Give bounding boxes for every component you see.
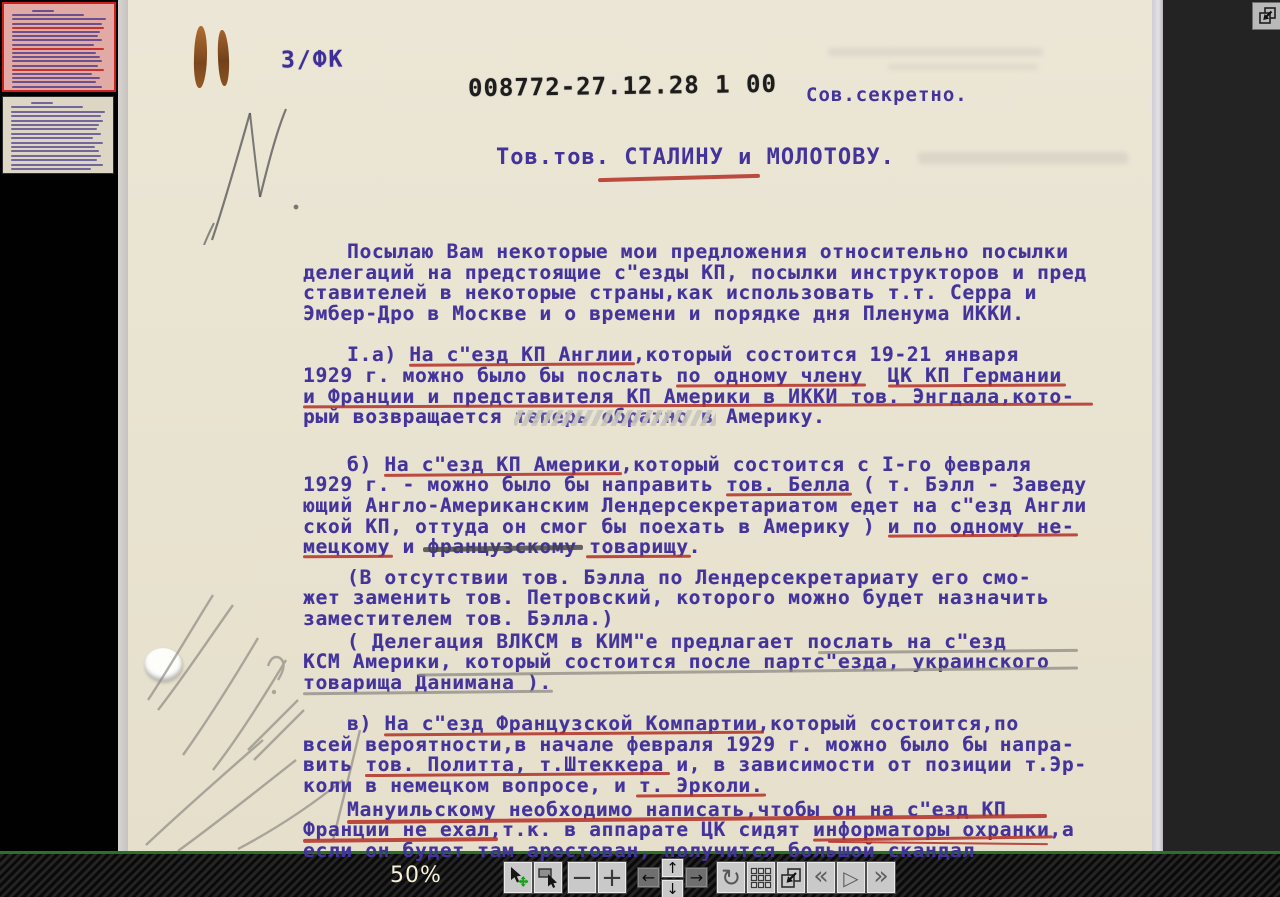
typed-line: 1929 г. - можно было бы направить тов. Б… <box>303 475 1113 496</box>
rust-stain <box>217 30 230 86</box>
erasure-hatch <box>514 410 716 426</box>
thumbnail-text-line <box>11 115 101 117</box>
thumbnail-text-line <box>12 73 92 75</box>
thumbnail-text-line <box>12 18 106 20</box>
thumbnail-text-line <box>11 106 83 108</box>
thumbnail-text-line <box>11 159 97 161</box>
thumbnail-text-line <box>11 120 103 122</box>
thumbnail-text-line <box>11 128 97 130</box>
thumbnail-text-line <box>11 111 105 113</box>
thumbnail-text-line <box>12 23 102 25</box>
minus-icon: − <box>571 865 593 891</box>
thumbnail-text-line <box>11 155 101 157</box>
arrow-up-icon: ↑ <box>666 861 679 876</box>
thumbnail-text-line <box>12 14 84 16</box>
zoom-in-button[interactable]: + <box>597 861 627 894</box>
thumbnail-sidebar <box>0 0 118 897</box>
arrow-left-icon: ← <box>642 870 655 886</box>
plus-icon: + <box>601 865 623 891</box>
thumbnail-text-line <box>11 146 95 148</box>
document-page[interactable]: З/ФК 008772-27.12.28 1 00 Сов.секретно. … <box>128 0 1152 851</box>
thumbnail-text-line <box>12 31 100 33</box>
typed-line: заместителем тов. Бэлла.) <box>303 609 1113 630</box>
typed-line: Эмбер-Дро в Москве и о времени и порядке… <box>303 304 1113 325</box>
refresh-icon: ↻ <box>721 866 741 890</box>
registry-stamp: З/ФК <box>281 46 345 73</box>
thumbnail-text-line <box>12 65 98 67</box>
typed-line: жет заменить тов. Петровский, которого м… <box>303 588 1113 609</box>
last-page-icon: » <box>873 863 888 888</box>
pan-tool-button[interactable] <box>503 861 533 894</box>
thumbnail-text-line <box>12 44 94 46</box>
red-pen-mark <box>726 493 852 497</box>
first-page-icon: « <box>813 863 828 888</box>
scroll-right-button[interactable]: → <box>685 867 708 888</box>
select-tool-button[interactable] <box>533 861 563 894</box>
typed-line: делегаций на предстоящие с"езды КП, посы… <box>303 263 1113 284</box>
select-tool-icon <box>536 865 561 890</box>
rust-stain <box>193 26 208 88</box>
thumbnail-text-line <box>12 77 100 79</box>
thumbnail-text-line <box>12 39 102 41</box>
thumbnail-text-line <box>12 81 96 83</box>
faint-handwriting-trace <box>918 152 1128 164</box>
thumbnail-text-line <box>32 10 54 12</box>
grid-icon <box>749 866 773 890</box>
red-pen-mark <box>586 555 691 559</box>
page-left-edge <box>118 0 128 851</box>
page-2-thumbnail[interactable] <box>2 96 114 174</box>
scroll-down-button[interactable]: ↓ <box>661 879 684 897</box>
faint-pencil-trace <box>888 64 1038 70</box>
zoom-out-button[interactable]: − <box>567 861 597 894</box>
typed-line: (В отсутствии тов. Бэлла по Лендерсекрет… <box>303 568 1113 589</box>
thumbnail-text-line <box>12 60 102 62</box>
red-pen-mark <box>303 555 393 558</box>
typed-line: всей вероятности,в начале февраля 1929 г… <box>303 735 1113 756</box>
fit-to-window-button[interactable] <box>776 861 806 894</box>
thumbnail-text-line <box>12 48 104 50</box>
thumbnail-text-line <box>11 168 91 170</box>
arrow-right-icon: → <box>690 870 703 886</box>
refresh-button[interactable]: ↻ <box>716 861 746 894</box>
thumbnail-text-line <box>11 150 99 152</box>
pan-tool-icon <box>506 865 531 890</box>
restore-icon <box>1257 6 1277 26</box>
red-pen-mark <box>598 174 760 182</box>
first-page-button[interactable]: « <box>806 861 836 894</box>
typed-line: б) На с"езд КП Америки,который состоится… <box>303 455 1113 476</box>
zoom-level-label: 50% <box>390 863 442 888</box>
scroll-left-button[interactable]: ← <box>637 867 660 888</box>
thumbnail-text-line <box>31 102 53 104</box>
document-viewer-window: З/ФК 008772-27.12.28 1 00 Сов.секретно. … <box>0 0 1280 897</box>
next-page-button[interactable]: ▷ <box>836 861 866 894</box>
salutation-line: Тов.тов. СТАЛИНУ и МОЛОТОВУ. <box>496 145 895 170</box>
thumbnail-text-line <box>11 137 93 139</box>
typed-line: ставителей в некоторые страны,как исполь… <box>303 283 1113 304</box>
arrow-down-icon: ↓ <box>666 882 679 897</box>
restore-window-button[interactable] <box>1252 2 1280 30</box>
incoming-number-stamp: 008772-27.12.28 1 00 <box>468 70 777 102</box>
thumbnail-text-line <box>12 56 100 58</box>
thumbnail-text-line <box>12 86 102 88</box>
thumbnail-text-line <box>11 133 101 135</box>
thumbnail-grid-button[interactable] <box>746 861 776 894</box>
thumbnail-text-line <box>12 35 98 37</box>
classification-label: Сов.секретно. <box>806 84 968 106</box>
play-icon: ▷ <box>843 868 858 888</box>
thumbnail-text-line <box>11 124 99 126</box>
thumbnail-text-line <box>11 164 103 166</box>
typed-line: Посылаю Вам некоторые мои предложения от… <box>303 242 1113 263</box>
thumbnail-text-line <box>11 142 103 144</box>
thumbnail-text-line <box>12 27 104 29</box>
page-1-thumbnail[interactable] <box>2 2 116 92</box>
thumbnail-text-line <box>12 52 96 54</box>
last-page-button[interactable]: » <box>866 861 896 894</box>
fit-window-icon <box>779 866 803 890</box>
pencil-margin-mark <box>194 95 344 245</box>
faint-pencil-trace <box>828 48 1043 56</box>
typed-line: ющий Англо-Американским Лендерсекретариа… <box>303 496 1113 517</box>
page-right-edge <box>1152 0 1163 851</box>
thumbnail-text-line <box>12 69 104 71</box>
